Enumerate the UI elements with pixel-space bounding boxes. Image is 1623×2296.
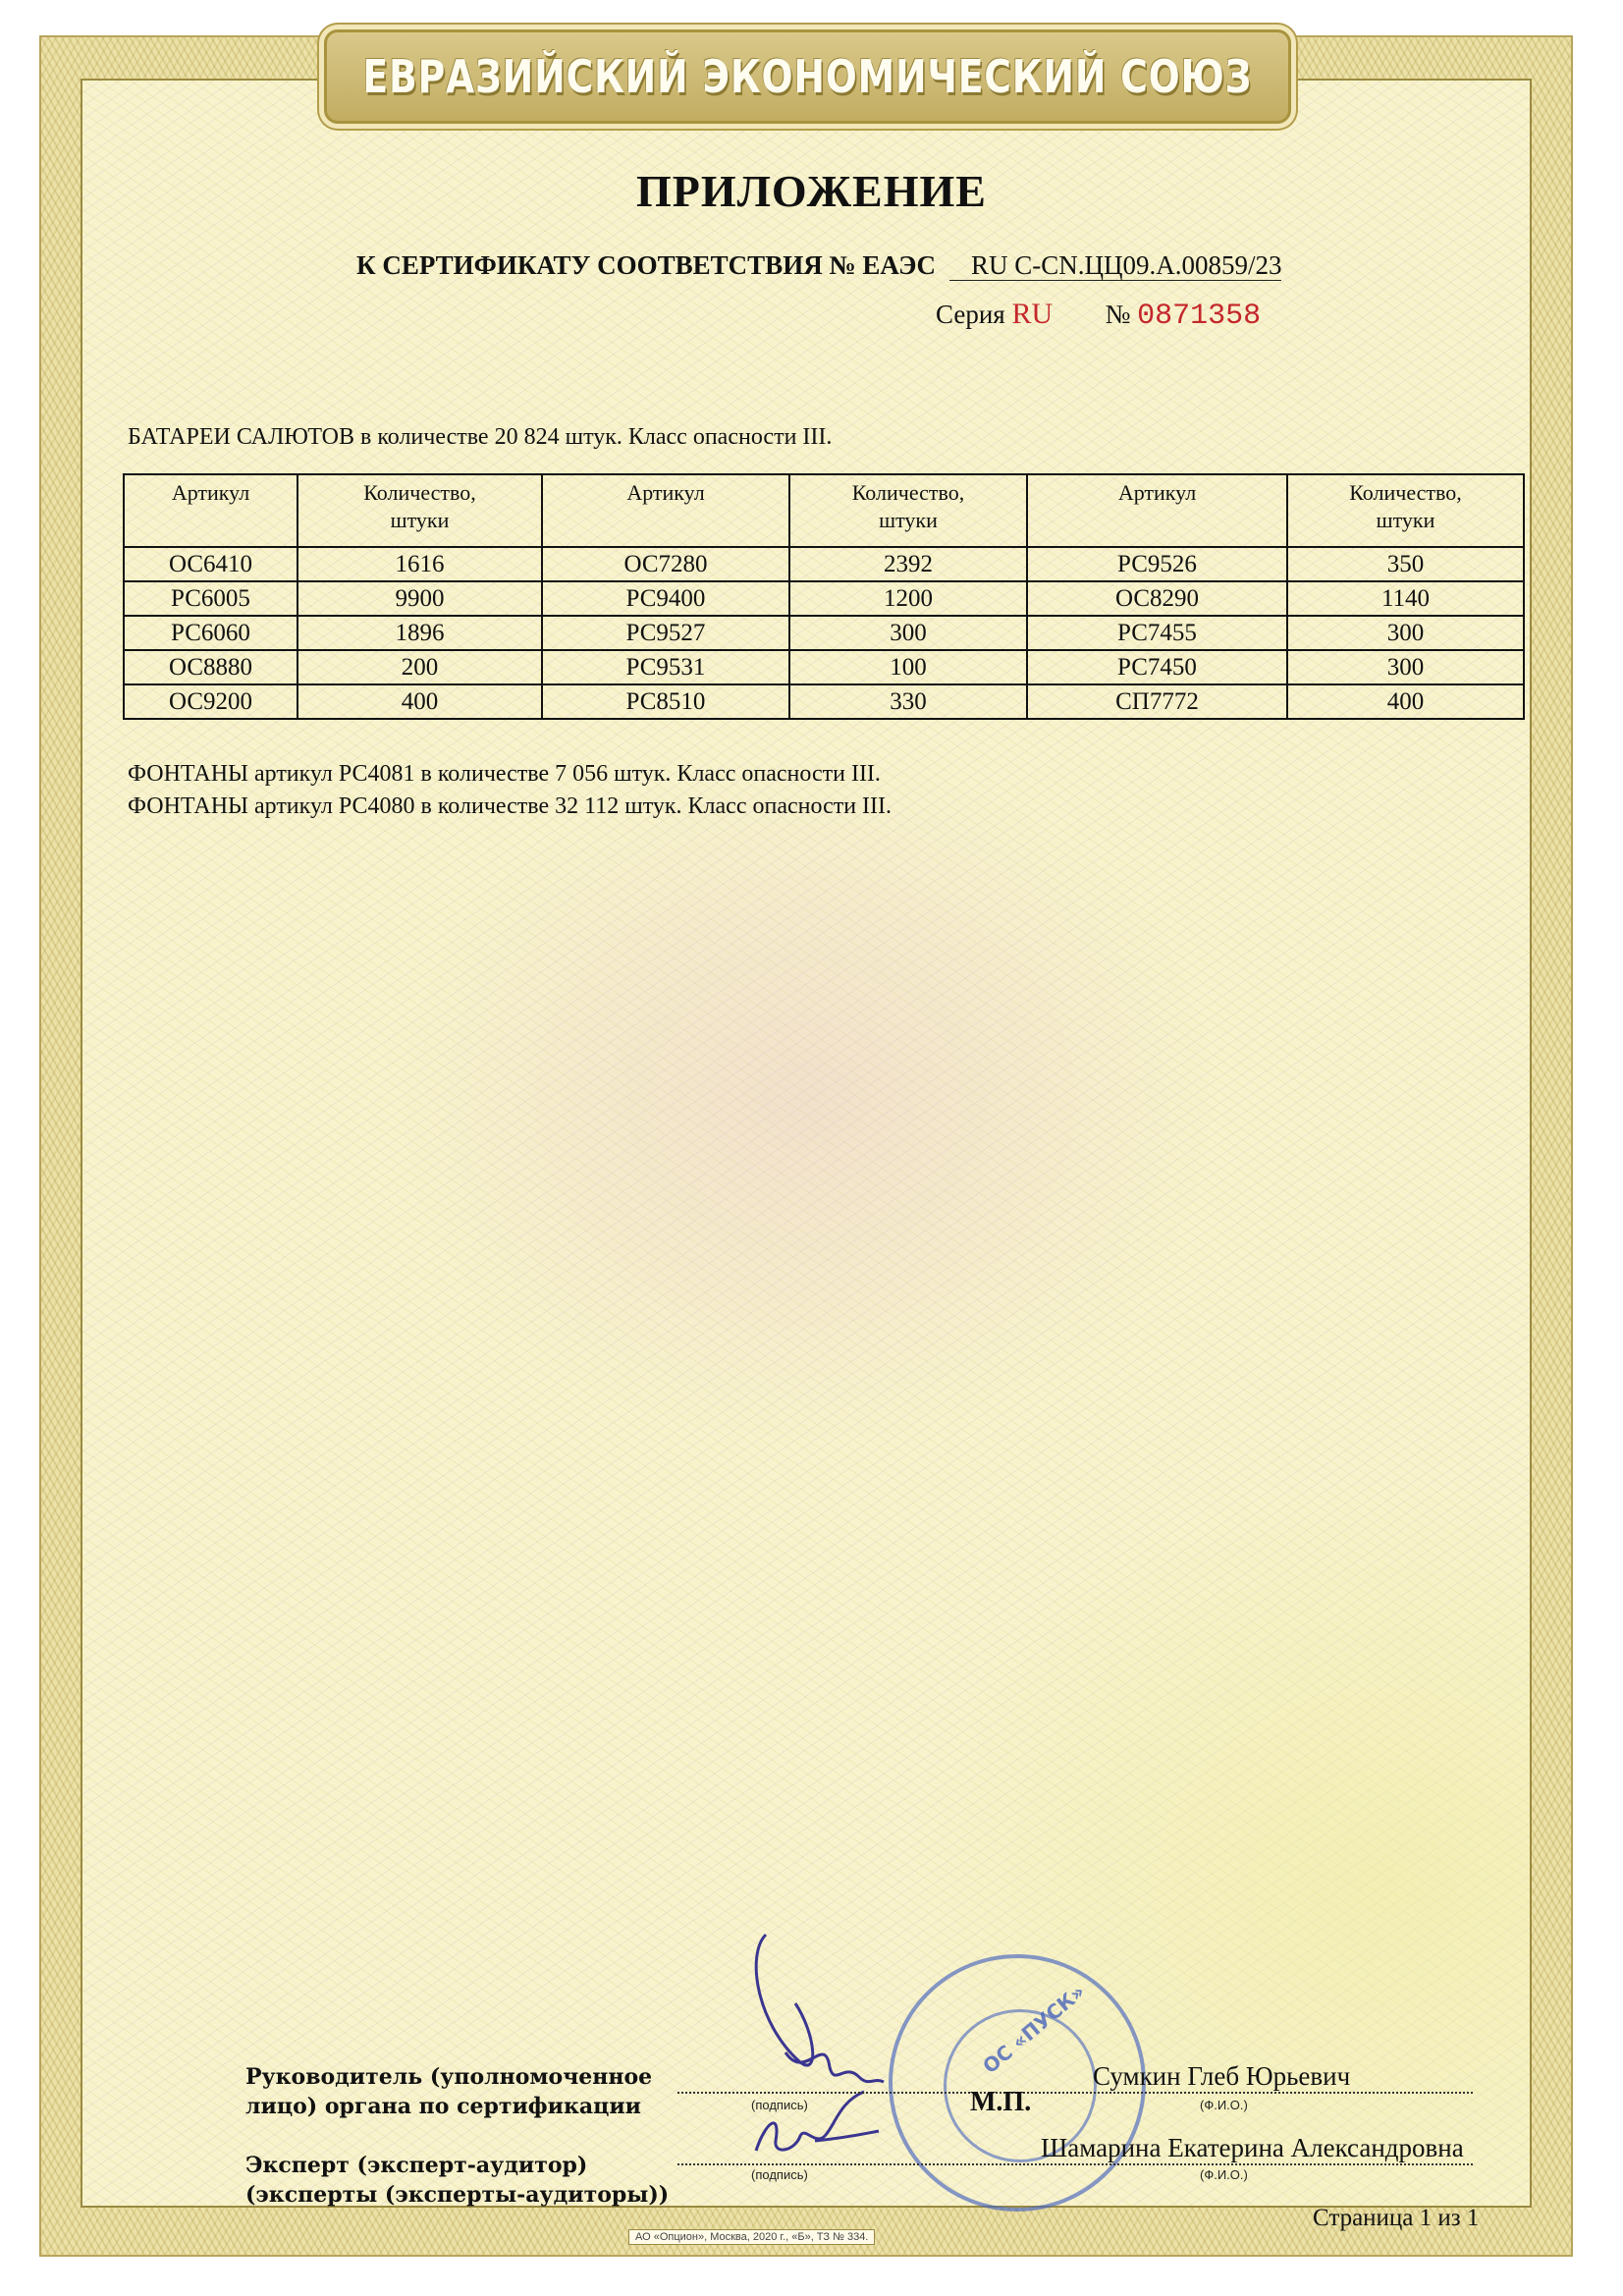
- article-cell: ОС9200: [124, 684, 298, 719]
- article-cell: ОС8290: [1027, 581, 1287, 616]
- article-cell: РС8510: [542, 684, 789, 719]
- article-cell: РС9400: [542, 581, 789, 616]
- quantity-cell: 2392: [789, 547, 1027, 581]
- article-cell: РС6060: [124, 616, 298, 650]
- article-cell: РС6005: [124, 581, 298, 616]
- quantity-cell: 300: [1287, 650, 1524, 684]
- article-cell: РС9527: [542, 616, 789, 650]
- head-label: Руководитель (уполномоченное лицо) орган…: [245, 2062, 652, 2121]
- head-name: Сумкин Глеб Юрьевич: [1093, 2061, 1350, 2092]
- table-header-row: Артикул Количество,штуки Артикул Количес…: [124, 474, 1524, 547]
- quantity-cell: 1140: [1287, 581, 1524, 616]
- expert-name: Шамарина Екатерина Александровна: [1041, 2133, 1464, 2163]
- table-row: ОС64101616ОС72802392РС9526350: [124, 547, 1524, 581]
- expert-sign-line: [677, 2163, 1473, 2165]
- table-row: ОС8880200РС9531100РС7450300: [124, 650, 1524, 684]
- certificate-reference: К СЕРТИФИКАТУ СООТВЕТСТВИЯ № ЕАЭСRU C-CN…: [356, 250, 1281, 281]
- column-header: Артикул: [124, 474, 298, 547]
- batteries-heading: БАТАРЕИ САЛЮТОВ в количестве 20 824 штук…: [128, 424, 832, 451]
- article-cell: РС7455: [1027, 616, 1287, 650]
- quantity-cell: 1200: [789, 581, 1027, 616]
- number-label: №: [1106, 300, 1131, 329]
- article-cell: РС9531: [542, 650, 789, 684]
- seal-label: М.П.: [970, 2087, 1031, 2118]
- certificate-body: [81, 79, 1532, 2208]
- column-header: Артикул: [542, 474, 789, 547]
- page-title: ПРИЛОЖЕНИЕ: [0, 165, 1623, 217]
- expert-signature-icon: [746, 2082, 884, 2170]
- column-header: Количество,штуки: [1287, 474, 1524, 547]
- column-header: Артикул: [1027, 474, 1287, 547]
- article-cell: ОС8880: [124, 650, 298, 684]
- page-number: Страница 1 из 1: [1313, 2205, 1479, 2232]
- article-cell: ОС7280: [542, 547, 789, 581]
- quantity-cell: 200: [298, 650, 542, 684]
- article-cell: РС9526: [1027, 547, 1287, 581]
- printer-imprint: АО «Опцион», Москва, 2020 г., «Б», ТЗ № …: [628, 2229, 875, 2245]
- stamp-center-text: ОС «ПУСК»: [978, 1980, 1089, 2078]
- quantity-cell: 330: [789, 684, 1027, 719]
- quantity-cell: 1616: [298, 547, 542, 581]
- column-header: Количество,штуки: [789, 474, 1027, 547]
- series-label: Серия: [936, 300, 1005, 329]
- union-banner-text: ЕВРАЗИЙСКИЙ ЭКОНОМИЧЕСКИЙ СОЮЗ: [363, 50, 1253, 103]
- number-value: 0871358: [1137, 300, 1261, 333]
- fountains-line-2: ФОНТАНЫ артикул РС4080 в количестве 32 1…: [128, 793, 892, 820]
- article-cell: ОС6410: [124, 547, 298, 581]
- quantity-cell: 350: [1287, 547, 1524, 581]
- union-banner: ЕВРАЗИЙСКИЙ ЭКОНОМИЧЕСКИЙ СОЮЗ: [324, 29, 1291, 124]
- series-value: RU: [1011, 298, 1053, 330]
- quantity-cell: 1896: [298, 616, 542, 650]
- fountains-line-1: ФОНТАНЫ артикул РС4081 в количестве 7 05…: [128, 761, 881, 788]
- head-sign-caption: (подпись): [751, 2098, 808, 2112]
- quantity-cell: 9900: [298, 581, 542, 616]
- table-row: РС60059900РС94001200ОС82901140: [124, 581, 1524, 616]
- quantity-cell: 300: [1287, 616, 1524, 650]
- expert-label: Эксперт (эксперт-аудитор) (эксперты (экс…: [245, 2151, 669, 2210]
- series-line: Серия RU № 0871358: [936, 298, 1261, 333]
- certificate-number: RU C-CN.ЦЦ09.А.00859/23: [949, 250, 1282, 281]
- article-cell: СП7772: [1027, 684, 1287, 719]
- quantity-cell: 100: [789, 650, 1027, 684]
- table-row: ОС9200400РС8510330СП7772400: [124, 684, 1524, 719]
- quantity-cell: 400: [298, 684, 542, 719]
- expert-name-caption: (Ф.И.О.): [1200, 2167, 1248, 2182]
- expert-sign-caption: (подпись): [751, 2167, 808, 2182]
- batteries-table: Артикул Количество,штуки Артикул Количес…: [123, 473, 1525, 720]
- column-header: Количество,штуки: [298, 474, 542, 547]
- quantity-cell: 300: [789, 616, 1027, 650]
- head-sign-line: [677, 2092, 1473, 2094]
- head-name-caption: (Ф.И.О.): [1200, 2098, 1248, 2112]
- table-row: РС60601896РС9527300РС7455300: [124, 616, 1524, 650]
- quantity-cell: 400: [1287, 684, 1524, 719]
- article-cell: РС7450: [1027, 650, 1287, 684]
- certificate-label: К СЕРТИФИКАТУ СООТВЕТСТВИЯ № ЕАЭС: [356, 250, 936, 280]
